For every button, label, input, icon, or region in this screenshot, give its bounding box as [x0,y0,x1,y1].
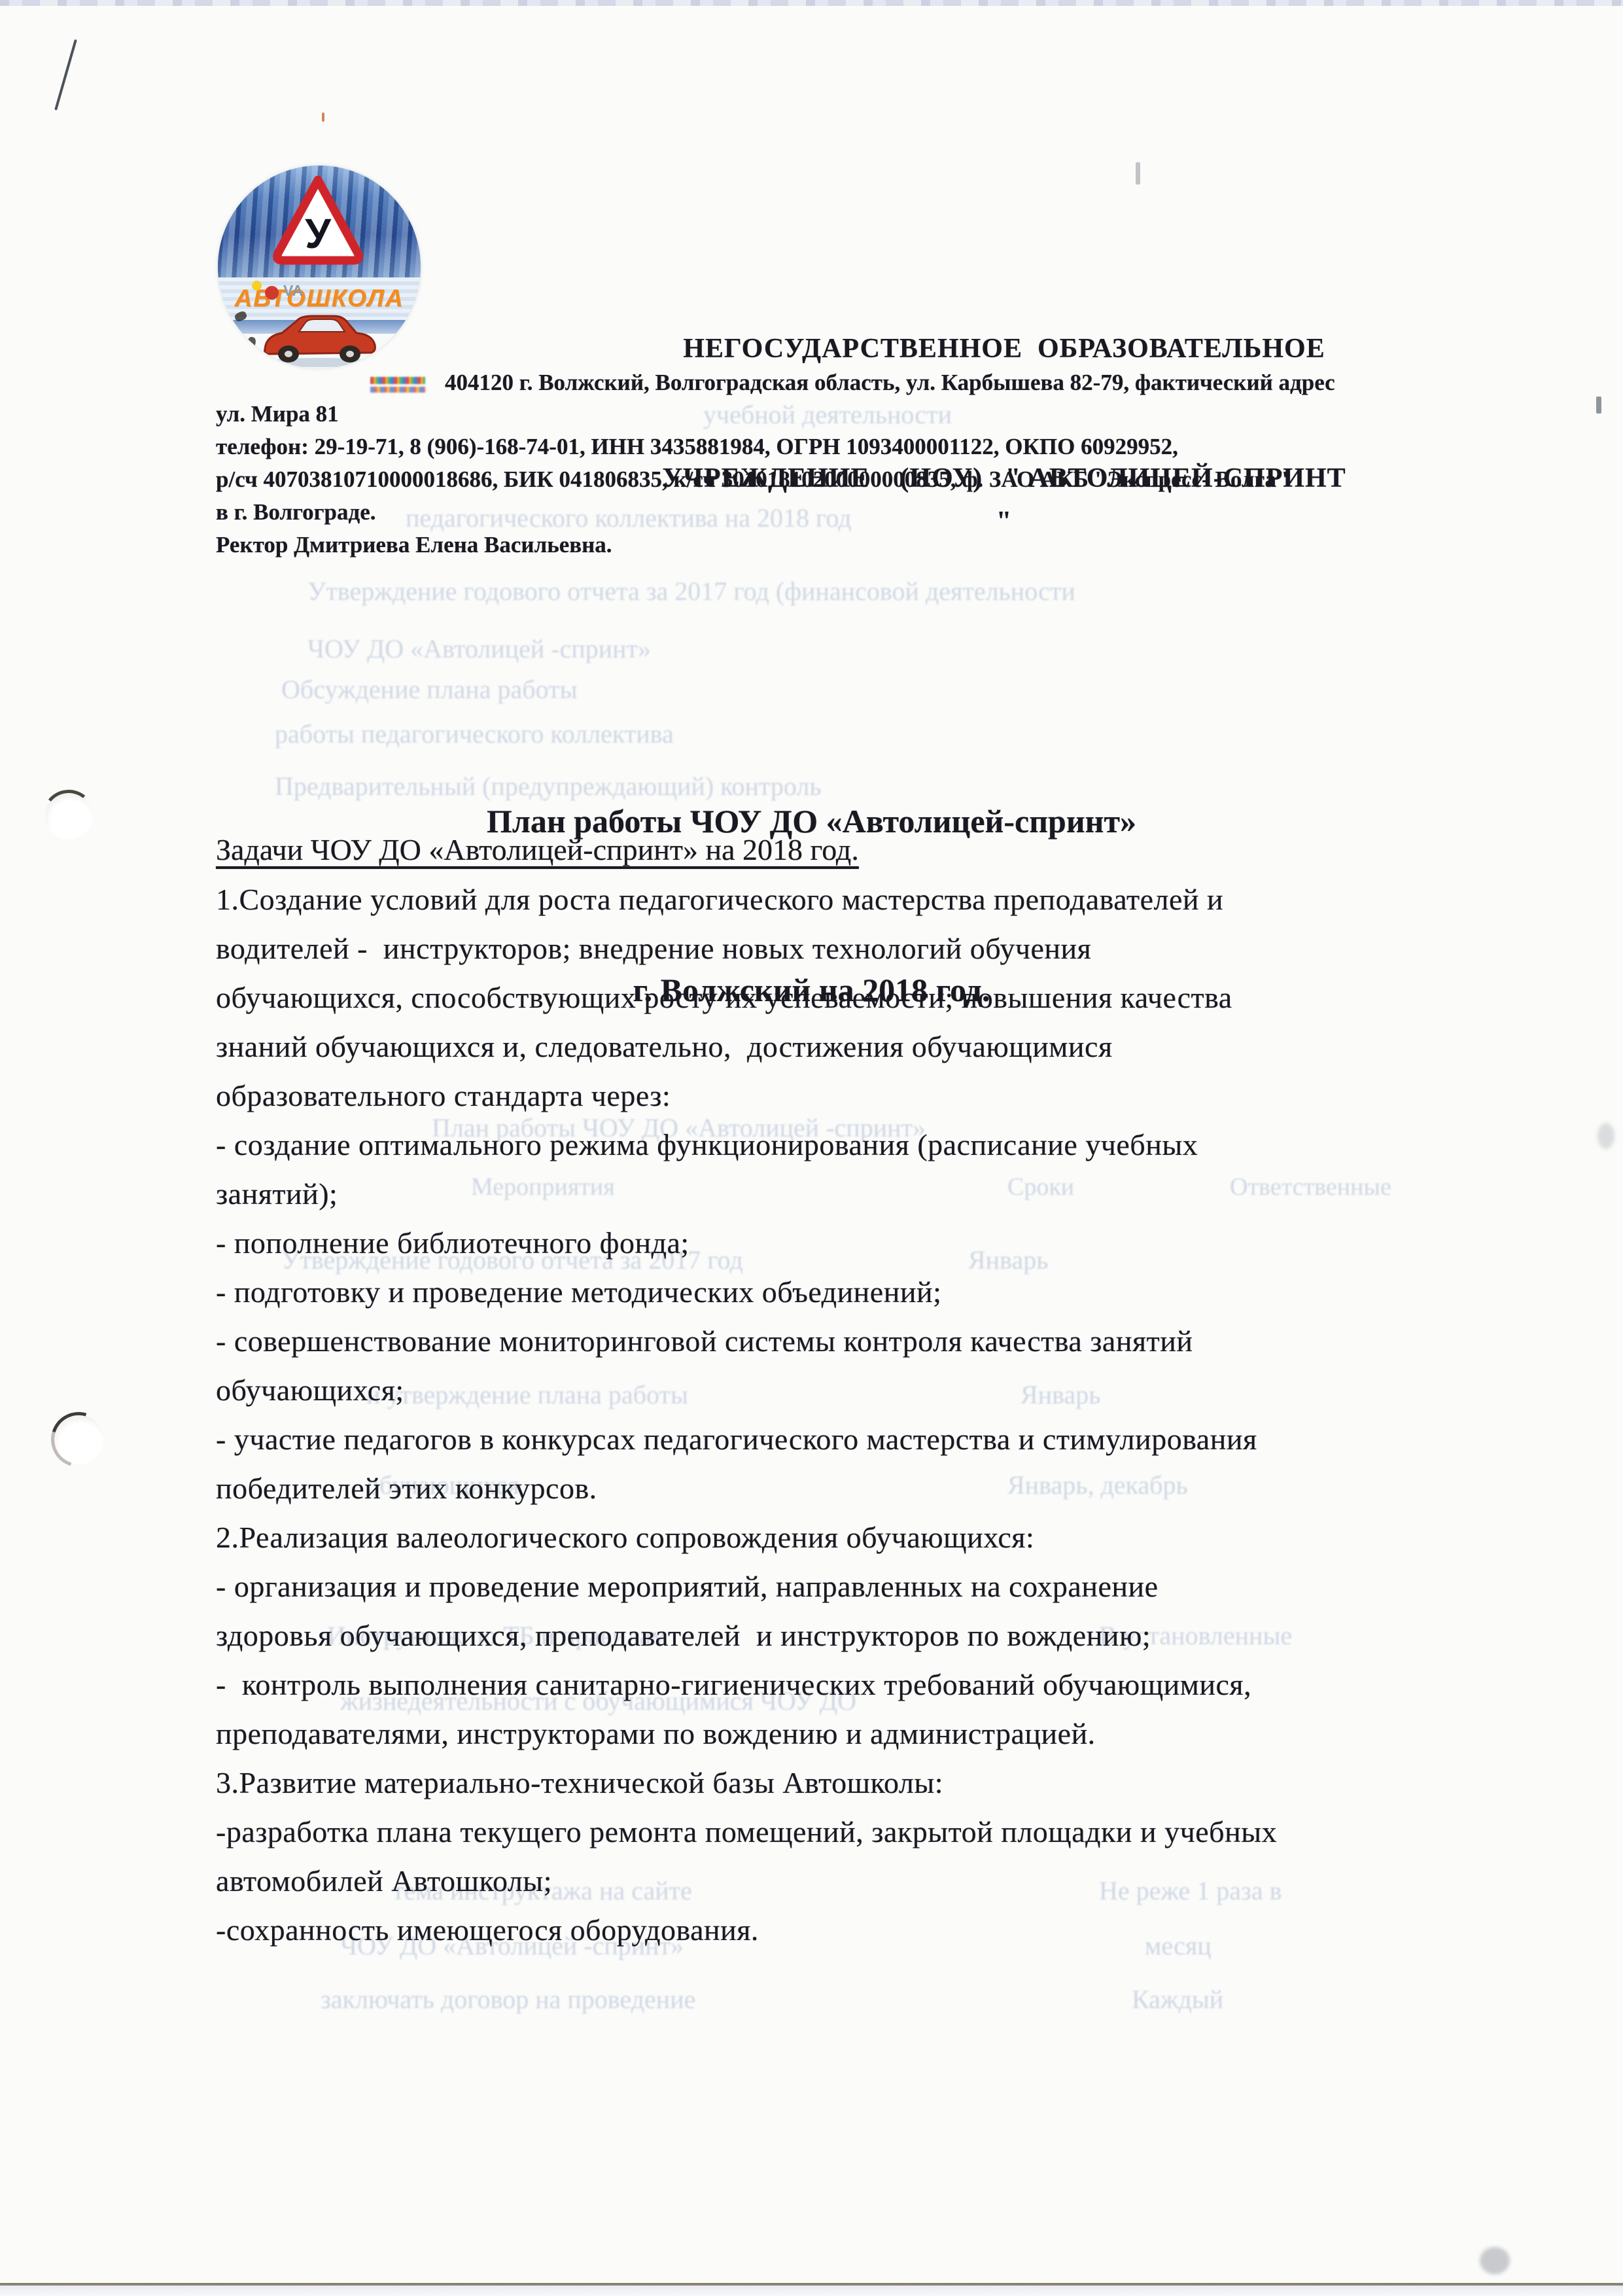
bank-details-line2: в г. Волгограде. [216,499,376,525]
task-text-line: 2.Реализация валеологического сопровожде… [216,1520,1511,1555]
address-line1: 404120 г. Волжский, Волгоградская област… [445,370,1335,396]
task-text-line: - совершенствование мониторинговой систе… [216,1324,1511,1358]
logo-yellow-dot [252,281,262,291]
logo-caption-artifact [370,387,425,393]
task-text-line: обучающихся, способствующих росту их усп… [216,980,1511,1015]
task-text-line: - пополнение библиотечного фонда; [216,1226,1511,1260]
tasks-section-heading: Задачи ЧОУ ДО «Автолицей-спринт» на 2018… [216,832,859,867]
phone-inn-line: телефон: 29-19-71, 8 (906)-168-74-01, ИН… [216,434,1178,460]
rector-line: Ректор Дмитриева Елена Васильевна. [216,532,612,558]
right-margin-ink-mark [1596,397,1601,414]
red-car-icon [256,308,383,368]
document-title: План работы ЧОУ ДО «Автолицей-спринт» г.… [0,680,1623,1074]
driving-school-logo: АВТОШКОЛА VA У [218,166,421,368]
org-name-line1: НЕГОСУДАРСТВЕННОЕ ОБРАЗОВАТЕЛЬНОЕ [654,327,1354,370]
scanned-document-page: { "logo": { "school_word": "АВТОШКОЛА", … [0,0,1623,2296]
scan-top-edge-artifact [0,0,1623,6]
task-text-line: обучающихся; [216,1373,1511,1407]
task-text-line: 3.Развитие материально-технической базы … [216,1765,1511,1800]
task-text-line: здоровья обучающихся, преподавателей и и… [216,1618,1511,1653]
task-text-line: занятий); [216,1176,1511,1211]
bleed-through-text: ЧОУ ДО «Автолицей -спринт» [307,633,651,664]
task-text-line: - подготовку и проведение методических о… [216,1275,1511,1309]
bleed-through-text: Каждый [1132,1984,1223,2015]
student-driver-triangle-icon: У [269,175,367,270]
scan-bottom-shadow-band [0,2286,1623,2296]
task-text-line: водителей - инструкторов; внедрение новы… [216,931,1511,966]
task-text-line: образовательного стандарта через: [216,1078,1511,1113]
task-text-line: - создание оптимального режима функциони… [216,1127,1511,1162]
task-text-line: - участие педагогов в конкурсах педагоги… [216,1422,1511,1457]
stray-tick-mark [1136,162,1140,185]
task-text-line: знаний обучающихся и, следовательно, дос… [216,1029,1511,1064]
bank-details-line1: р/сч 40703810710000018686, БИК 041806835… [216,467,1289,493]
task-text-line: -разработка плана текущего ремонта помещ… [216,1814,1511,1849]
logo-va-mark: VA [283,282,303,300]
task-text-line: автомобилей Автошколы; [216,1863,1511,1898]
pen-stroke-mark [54,39,77,111]
org-name-block: НЕГОСУДАРСТВЕННОЕ ОБРАЗОВАТЕЛЬНОЕ УЧРЕЖД… [654,241,1354,586]
task-text-line: -сохранность имеющегося оборудования. [216,1913,1511,1947]
svg-text:У: У [305,210,332,257]
task-text-line: преподавателями, инструкторами по вожден… [216,1716,1511,1751]
right-margin-smudge [1597,1123,1614,1149]
punch-hole-bottom [54,1415,103,1464]
logo-caption-artifact [370,377,425,384]
address-line2: ул. Мира 81 [216,401,339,427]
task-text-line: 1.Создание условий для роста педагогичес… [216,882,1511,917]
logo-red-dot [265,286,279,300]
bottom-right-smudge [1480,2247,1510,2274]
task-text-line: - организация и проведение мероприятий, … [216,1569,1511,1604]
bleed-through-text: заключать договор на проведение [321,1984,695,2015]
task-text-line: - контроль выполнения санитарно-гигиенич… [216,1667,1511,1702]
task-text-line: победителей этих конкурсов. [216,1471,1511,1506]
stray-orange-mark [322,113,324,122]
